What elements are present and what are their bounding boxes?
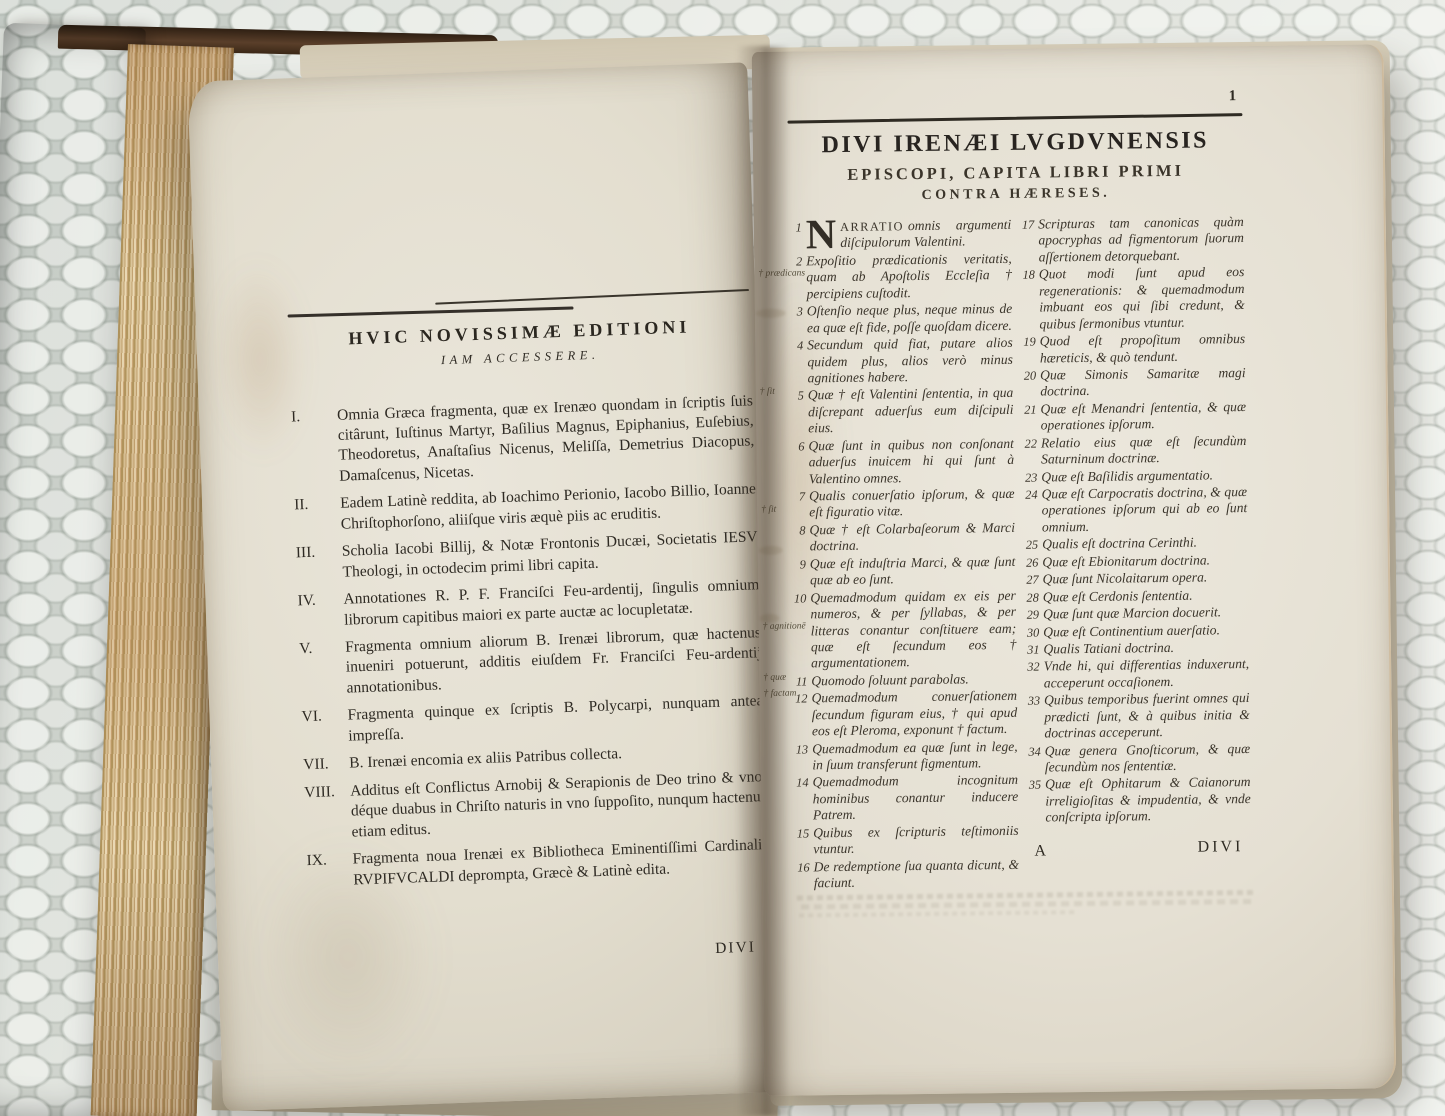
margin-note: † agnitionē bbox=[763, 622, 823, 633]
edition-item-numeral: IV. bbox=[297, 590, 338, 612]
chapter-text: Quæ ſunt Nicolaitarum opera. bbox=[1042, 570, 1207, 587]
chapter-entry: 24Quæ eſt Carpocratis doctrina, & quæ op… bbox=[1024, 484, 1247, 536]
edition-item-text: Omnia Græca fragmenta, quæ ex Irenæo quo… bbox=[337, 392, 755, 485]
chapter-number: 25 bbox=[1023, 538, 1038, 553]
edition-item-text: Fragmenta quinque ex ſcriptis B. Polycar… bbox=[347, 693, 763, 745]
chapter-entry: 2Expoſitio prædicationis veritatis, quam… bbox=[789, 251, 1012, 303]
chapter-text: Oſtenſio neque plus, neque minus de ea q… bbox=[807, 301, 1013, 335]
right-page-text-block: 1 DIVI IRENÆI LVGDVNENSIS EPISCOPI, CAPI… bbox=[787, 88, 1252, 893]
chapter-entry: 6Quæ ſunt in quibus non conſonant aduerſ… bbox=[791, 436, 1014, 488]
chapter-text: Quibus ex ſcripturis teſtimoniis vtuntur… bbox=[813, 823, 1019, 857]
edition-item-text: B. Irenæi encomia ex aliis Patribus coll… bbox=[349, 745, 622, 772]
chapter-number: 19 bbox=[1021, 335, 1036, 350]
chapter-entry: 15Quibus ex ſcripturis teſtimoniis vtunt… bbox=[796, 823, 1019, 859]
edition-item: VI.Fragmenta quinque ex ſcriptis B. Poly… bbox=[301, 692, 764, 749]
edition-item-numeral: V. bbox=[299, 638, 340, 660]
chapter-entry: 27Quæ ſunt Nicolaitarum opera. bbox=[1025, 569, 1248, 588]
chapter-entry: 23Quæ eſt Baſilidis argumentatio. bbox=[1024, 467, 1247, 486]
chapter-title-line1: DIVI IRENÆI LVGDVNENSIS bbox=[788, 127, 1243, 160]
chapter-entry: 5Quæ † eſt Valentini ſententia, in qua d… bbox=[791, 385, 1014, 437]
edition-item-text: Additus eſt Conflictus Arnobij & Serapio… bbox=[350, 768, 767, 840]
chapter-number: 28 bbox=[1024, 590, 1039, 605]
edition-item-numeral: I. bbox=[291, 406, 332, 428]
edition-contents-list: I.Omnia Græca fragmenta, quæ ex Irenæo q… bbox=[291, 391, 770, 892]
edition-item-numeral: IX. bbox=[306, 850, 347, 872]
chapter-number: 30 bbox=[1024, 625, 1039, 640]
chapter-entry: 30Quæ eſt Continentium auerſatio. bbox=[1026, 622, 1249, 641]
edition-item-numeral: VI. bbox=[301, 706, 342, 728]
chapter-entry: 35Quæ eſt Ophitarum & Caianorum irreligi… bbox=[1028, 774, 1251, 826]
chapter-number: 2 bbox=[787, 254, 802, 269]
chapter-entry: 29Quæ ſunt quæ Marcion docuerit. bbox=[1026, 604, 1249, 623]
chapter-text: Quæ ſunt quæ Marcion docuerit. bbox=[1043, 604, 1221, 621]
chapter-number: 4 bbox=[788, 338, 803, 353]
edition-item: I.Omnia Græca fragmenta, quæ ex Irenæo q… bbox=[291, 391, 756, 489]
chapter-entry: 1NARRATIOomnis argumenti diſcipulorum Va… bbox=[789, 217, 1012, 253]
chapter-entry: 13Quemadmodum ea quæ ſunt in lege, in ſu… bbox=[795, 738, 1018, 774]
margin-note: † factam bbox=[763, 689, 823, 700]
chapter-entry: 28Quæ eſt Cerdonis ſententia. bbox=[1026, 587, 1249, 606]
chapter-number: 13 bbox=[793, 742, 808, 757]
chapter-text: Quæ † eſt Valentini ſententia, in qua di… bbox=[808, 385, 1014, 435]
chapter-number: 20 bbox=[1021, 369, 1036, 384]
chapter-text: Quod eſt propoſitum omnibus hæreticis, &… bbox=[1040, 331, 1246, 365]
chapter-entry: 12Quemadmodum conuerſationem ſecundum fi… bbox=[794, 688, 1017, 740]
chapter-title-line3: CONTRA HÆRESES. bbox=[788, 184, 1243, 206]
edition-item-numeral: III. bbox=[296, 542, 337, 564]
ink-bleedthrough bbox=[797, 888, 1257, 922]
chapter-text: Quemadmodum conuerſationem ſecundum figu… bbox=[811, 688, 1017, 738]
chapter-text: Scripturas tam canonicas quàm apocryphas… bbox=[1038, 214, 1244, 264]
chapter-columns: 1NARRATIOomnis argumenti diſcipulorum Va… bbox=[789, 214, 1252, 893]
drop-cap: N bbox=[806, 219, 841, 250]
chapter-entry: 26Quæ eſt Ebionitarum doctrina. bbox=[1025, 552, 1248, 571]
chapter-text: Quemadmodum ea quæ ſunt in lege, in ſuum… bbox=[812, 738, 1018, 772]
handwritten-mark bbox=[756, 309, 786, 318]
edition-item-numeral: VIII. bbox=[304, 782, 345, 804]
chapter-number: 23 bbox=[1022, 470, 1037, 485]
edition-item-text: Annotationes R. P. F. Franciſci Feu-arde… bbox=[343, 576, 759, 628]
edition-item-text: Eadem Latinè reddita, ab Ioachimo Perion… bbox=[340, 481, 756, 533]
chapter-entry: 17Scripturas tam canonicas quàm apocryph… bbox=[1021, 214, 1244, 266]
edition-item-text: Fragmenta noua Irenæi ex Bibliotheca Emi… bbox=[352, 836, 768, 888]
edition-item: VIII.Additus eſt Conflictus Arnobij & Se… bbox=[304, 767, 768, 844]
chapter-number: 16 bbox=[794, 860, 809, 875]
chapter-text: Quæ genera Gnoſticorum, & quæ ſecundùm n… bbox=[1045, 741, 1251, 775]
chapter-text: Expoſitio prædicationis veritatis, quam … bbox=[806, 251, 1012, 301]
chapter-number: 27 bbox=[1024, 573, 1039, 588]
chapter-entry: 32Vnde hi, qui differentias induxerunt, … bbox=[1027, 656, 1250, 692]
chapter-number: 24 bbox=[1022, 488, 1037, 503]
edition-item: II.Eadem Latinè reddita, ab Ioachimo Per… bbox=[294, 480, 757, 537]
chapter-number: 15 bbox=[794, 826, 809, 841]
chapter-text: Quemadmodum quidam ex eis per numeros, &… bbox=[810, 587, 1016, 670]
margin-note: † ſit bbox=[760, 387, 820, 398]
chapter-text: Quot modi ſunt apud eos regenerationis: … bbox=[1039, 264, 1245, 331]
chapter-number: 34 bbox=[1026, 744, 1041, 759]
chapter-text: Quibus temporibus fuerint omnes qui præd… bbox=[1044, 690, 1250, 740]
chapter-number: 1 bbox=[787, 220, 802, 235]
chapter-number: 17 bbox=[1019, 218, 1034, 233]
edition-item-numeral: II. bbox=[294, 494, 335, 516]
edition-item-text: Fragmenta omnium aliorum B. Irenæi libro… bbox=[345, 624, 762, 696]
chapter-text: Quæ eſt induſtria Marci, & quæ ſunt quæ … bbox=[810, 554, 1016, 588]
left-page-text-block: HVIC NOVISSIMÆ EDITIONI IAM ACCESSERE. I… bbox=[287, 290, 772, 972]
gathering-signature: A bbox=[1034, 842, 1048, 860]
chapter-text: Quæ eſt Carpocratis doctrina, & quæ oper… bbox=[1041, 484, 1247, 534]
chapter-number: 22 bbox=[1022, 436, 1037, 451]
chapter-number: 35 bbox=[1026, 778, 1041, 793]
chapter-column-1: 1NARRATIOomnis argumenti diſcipulorum Va… bbox=[789, 217, 1020, 893]
chapter-title-line2: EPISCOPI, CAPITA LIBRI PRIMI bbox=[788, 160, 1243, 186]
chapter-lead-caps: ARRATIO bbox=[840, 219, 904, 234]
chapter-text: De redemptione ſua quanta dicunt, & faci… bbox=[813, 856, 1019, 890]
chapter-number: 9 bbox=[791, 557, 806, 572]
edition-item-numeral: VII. bbox=[303, 754, 344, 776]
chapter-text: Qualis eſt doctrina Cerinthi. bbox=[1042, 535, 1197, 552]
right-page: 1 DIVI IRENÆI LVGDVNENSIS EPISCOPI, CAPI… bbox=[752, 44, 1397, 1096]
chapter-entry: 4Secundum quid fiat, putare alios quidem… bbox=[790, 335, 1013, 387]
chapter-number: 33 bbox=[1025, 694, 1040, 709]
chapter-number: 29 bbox=[1024, 608, 1039, 623]
edition-item: V.Fragmenta omnium aliorum B. Irenæi lib… bbox=[299, 623, 763, 700]
chapter-number: 31 bbox=[1024, 643, 1039, 658]
chapter-entry: 33Quibus temporibus fuerint omnes qui pr… bbox=[1027, 690, 1250, 742]
chapter-number: 32 bbox=[1025, 660, 1040, 675]
page-number: 1 bbox=[1229, 88, 1237, 105]
chapter-entry: 3Oſtenſio neque plus, neque minus de ea … bbox=[790, 301, 1013, 337]
chapter-entry: 34Quæ genera Gnoſticorum, & quæ ſecundùm… bbox=[1028, 741, 1251, 777]
catchword: DIVI bbox=[310, 938, 772, 972]
chapter-entry: 11Quomodo ſoluunt parabolas. bbox=[794, 671, 1017, 690]
chapter-entry: 31Qualis Tatiani doctrina. bbox=[1026, 639, 1249, 658]
edition-item: IV.Annotationes R. P. F. Franciſci Feu-a… bbox=[297, 575, 760, 632]
chapter-entry: 21Quæ eſt Menandri ſententia, & quæ oper… bbox=[1023, 399, 1246, 435]
chapter-text: Quæ eſt Menandri ſententia, & quæ operat… bbox=[1040, 399, 1246, 433]
chapter-text: Quæ eſt Cerdonis ſententia. bbox=[1043, 587, 1193, 604]
chapter-number: 8 bbox=[790, 523, 805, 538]
chapter-text: Relatio eius quæ eſt ſecundùm Saturninum… bbox=[1041, 433, 1247, 467]
chapter-number: 7 bbox=[790, 489, 805, 504]
chapter-text: Qualis conuerſatio ipſorum, & quæ eſt fi… bbox=[809, 486, 1015, 520]
edition-item: IX.Fragmenta noua Irenæi ex Bibliotheca … bbox=[306, 835, 769, 892]
headpiece-rule bbox=[435, 289, 749, 305]
chapter-entry: 20Quæ Simonis Samaritæ magi doctrina. bbox=[1023, 365, 1246, 401]
chapter-number: 26 bbox=[1023, 555, 1038, 570]
chapter-text: Vnde hi, qui differentias induxerunt, ac… bbox=[1044, 656, 1250, 690]
chapter-text: Quæ Simonis Samaritæ magi doctrina. bbox=[1040, 365, 1246, 399]
left-page: HVIC NOVISSIMÆ EDITIONI IAM ACCESSERE. I… bbox=[187, 62, 783, 1111]
chapter-text: Quæ eſt Continentium auerſatio. bbox=[1043, 622, 1220, 639]
chapter-number: 3 bbox=[788, 305, 803, 320]
chapter-entry: 9Quæ eſt induſtria Marci, & quæ ſunt quæ… bbox=[793, 554, 1016, 590]
chapter-entry: 8Quæ † eſt Colarbaſeorum & Marci doctrin… bbox=[792, 520, 1015, 556]
chapter-number: 21 bbox=[1021, 402, 1036, 417]
edition-item: III.Scholia Iacobi Billij, & Notæ Fronto… bbox=[296, 527, 759, 584]
chapter-entry: 10Quemadmodum quidam ex eis per numeros,… bbox=[793, 587, 1016, 672]
chapter-entry: 16De redemptione ſua quanta dicunt, & fa… bbox=[796, 856, 1019, 892]
chapter-entry: 7Qualis conuerſatio ipſorum, & quæ eſt f… bbox=[792, 486, 1015, 522]
chapter-number: 10 bbox=[791, 591, 806, 606]
chapter-entry: 19Quod eſt propoſitum omnibus hæreticis,… bbox=[1023, 331, 1246, 367]
chapter-number: 14 bbox=[793, 776, 808, 791]
chapter-text: Quæ ſunt in quibus non conſonant aduerſu… bbox=[808, 436, 1014, 486]
chapter-column-2: 17Scripturas tam canonicas quàm apocryph… bbox=[1021, 214, 1252, 890]
catchword: DIVI bbox=[1198, 838, 1244, 857]
chapter-entry: 22Relatio eius quæ eſt ſecundùm Saturnin… bbox=[1024, 433, 1247, 469]
chapter-text: Quæ eſt Ophitarum & Caianorum irreligioſ… bbox=[1045, 774, 1251, 824]
chapter-text: Quomodo ſoluunt parabolas. bbox=[811, 671, 969, 688]
chapter-text: Qualis Tatiani doctrina. bbox=[1043, 640, 1174, 657]
chapter-text: Quæ eſt Ebionitarum doctrina. bbox=[1042, 552, 1210, 569]
chapter-number: 6 bbox=[789, 439, 804, 454]
margin-note: † quæ bbox=[763, 673, 823, 684]
chapter-entry: 25Qualis eſt doctrina Cerinthi. bbox=[1025, 534, 1248, 553]
chapter-entry: 14Quemadmodum incognitum hominibus conan… bbox=[795, 772, 1018, 824]
chapter-text: Quæ eſt Baſilidis argumentatio. bbox=[1041, 467, 1213, 484]
handwritten-mark bbox=[759, 546, 783, 555]
chapter-text: Quæ † eſt Colarbaſeorum & Marci doctrina… bbox=[809, 520, 1015, 554]
edition-item-text: Scholia Iacobi Billij, & Notæ Frontonis … bbox=[342, 528, 758, 580]
chapter-text: Secundum quid fiat, putare alios quidem … bbox=[807, 335, 1013, 385]
chapter-number: 18 bbox=[1020, 268, 1035, 283]
chapter-text: Quemadmodum incognitum hominibus conantu… bbox=[812, 772, 1018, 822]
headpiece-rule bbox=[288, 307, 574, 317]
chapter-entry: 18Quot modi ſunt apud eos regenerationis… bbox=[1022, 264, 1245, 332]
headline-rule bbox=[787, 113, 1242, 124]
margin-note: † ſit bbox=[761, 505, 821, 516]
margin-note: † prædicans bbox=[758, 269, 818, 280]
